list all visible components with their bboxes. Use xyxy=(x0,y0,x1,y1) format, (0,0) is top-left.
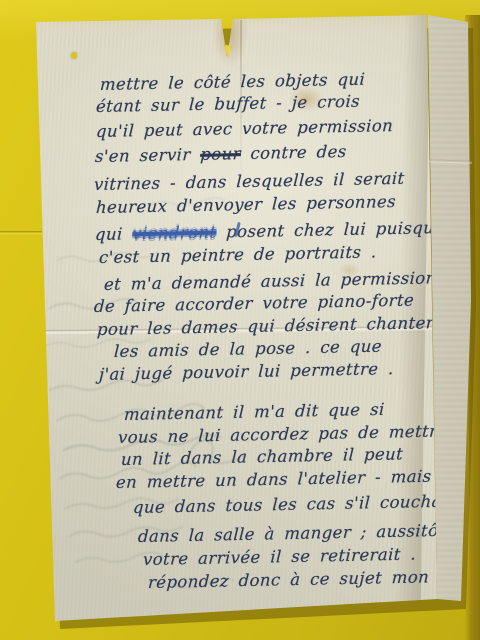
handwriting-line: heureux d'envoyer les personnes xyxy=(96,192,397,218)
handwriting-line: maintenant il m'a dit que si xyxy=(124,400,386,425)
letter-page: mettre le côté les objets quiétant sur l… xyxy=(0,0,480,640)
handwriting-line: dans la salle à manger ; aussitôt xyxy=(138,521,446,547)
handwriting-line: de faire accorder votre piano-forte xyxy=(94,291,415,317)
handwriting-line: répondez donc à ce sujet mon xyxy=(148,567,430,593)
handwriting-block: mettre le côté les objets quiétant sur l… xyxy=(0,0,480,640)
handwriting-line: pour les dames qui désirent chanter xyxy=(97,313,435,340)
handwriting-line: les amis de la pose . ce que xyxy=(114,337,383,362)
handwriting-line: vitrines - dans lesquelles il serait xyxy=(94,169,406,195)
handwriting-line: étant sur le buffet - je crois xyxy=(96,92,361,117)
handwriting-line: que dans tous les cas s'il couchait xyxy=(133,492,456,518)
photo-of-letter: mettre le côté les objets quiétant sur l… xyxy=(0,0,480,640)
handwriting-line: s'en servir pour contre des xyxy=(95,142,348,167)
handwriting-line: votre arrivée il se retirerait . xyxy=(143,545,417,571)
handwriting-line: en mettre un dans l'atelier - mais xyxy=(116,467,433,493)
handwriting-line: un lit dans la chambre il peut xyxy=(121,444,404,470)
handwriting-line: mettre le côté les objets qui xyxy=(100,70,366,95)
handwriting-line: j'ai jugé pouvoir lui permettre . xyxy=(99,359,395,385)
handwriting-line: qui viendront posent chez lui puisque xyxy=(95,218,445,245)
handwriting-line: c'est un peintre de portraits . xyxy=(99,242,378,268)
handwriting-line: qu'il peut avec votre permission xyxy=(96,116,394,142)
background-crease xyxy=(0,231,42,235)
